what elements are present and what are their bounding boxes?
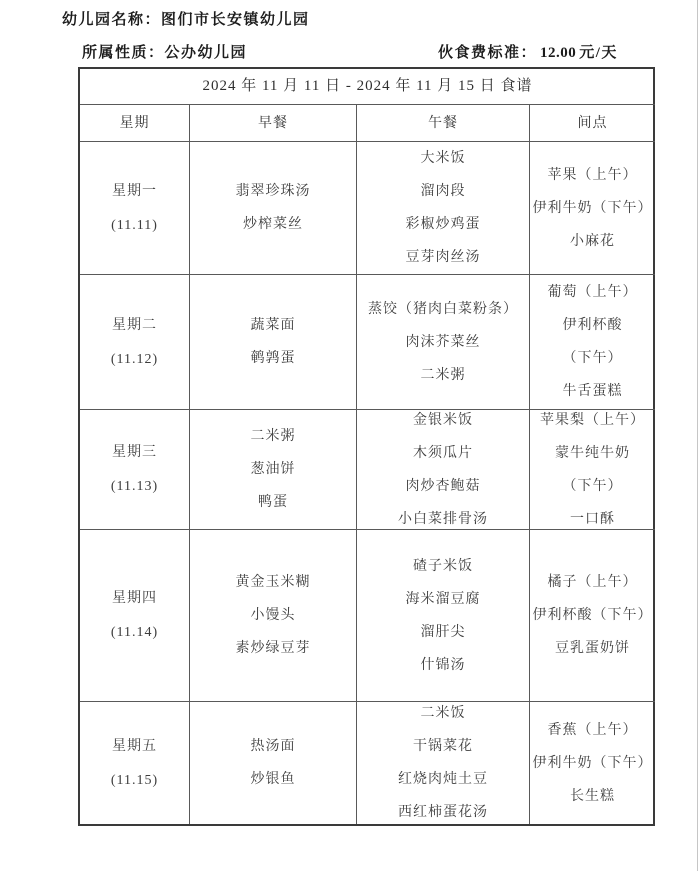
menu-item: 溜肉段 bbox=[421, 184, 466, 199]
breakfast-cell-thursday: 黄金玉米糊 小馒头 素炒绿豆芽 bbox=[190, 530, 357, 702]
menu-item: 金银米饭 bbox=[413, 413, 473, 428]
weekly-menu-table: 2024 年 11 月 11 日 - 2024 年 11 月 15 日 食谱 星… bbox=[78, 67, 655, 826]
lunch-cell-wednesday: 金银米饭 木须瓜片 肉炒杏鲍菇 小白菜排骨汤 bbox=[357, 410, 530, 530]
menu-item: 翡翠珍珠汤 bbox=[236, 184, 311, 199]
menu-item: 小白菜排骨汤 bbox=[398, 512, 488, 527]
menu-item: 鹌鹑蛋 bbox=[251, 351, 296, 366]
menu-item: 炒银鱼 bbox=[251, 772, 296, 787]
menu-item: 小馒头 bbox=[251, 608, 296, 623]
table-title: 2024 年 11 月 11 日 - 2024 年 11 月 15 日 食谱 bbox=[80, 69, 655, 105]
menu-item: 什锦汤 bbox=[421, 658, 466, 673]
day-date: (11.13) bbox=[111, 479, 158, 494]
snack-cell-thursday: 橘子（上午） 伊利杯酸（下午） 豆乳蛋奶饼 bbox=[530, 530, 655, 702]
fee-unit: 元/天 bbox=[579, 45, 618, 61]
menu-item: 彩椒炒鸡蛋 bbox=[406, 217, 481, 232]
menu-item: 干锅菜花 bbox=[413, 739, 473, 754]
menu-item: 海米溜豆腐 bbox=[406, 592, 481, 607]
menu-item: 蒸饺（猪肉白菜粉条） bbox=[368, 302, 518, 317]
day-label: 星期一 bbox=[112, 184, 157, 199]
menu-item: 苹果梨（上午） bbox=[540, 413, 645, 428]
menu-item: 牛舌蛋糕 bbox=[563, 384, 623, 399]
lunch-cell-monday: 大米饭 溜肉段 彩椒炒鸡蛋 豆芽肉丝汤 bbox=[357, 142, 530, 275]
day-cell-thursday: 星期四 (11.14) bbox=[80, 530, 190, 702]
snack-cell-wednesday: 苹果梨（上午） 蒙牛纯牛奶 （下午） 一口酥 bbox=[530, 410, 655, 530]
menu-item: 一口酥 bbox=[570, 512, 615, 527]
menu-item: 碴子米饭 bbox=[413, 559, 473, 574]
kindergarten-name-label: 幼儿园名称： bbox=[62, 12, 161, 28]
nature-label: 所属性质： bbox=[82, 45, 165, 61]
menu-item: 葱油饼 bbox=[251, 462, 296, 477]
menu-item: 二米粥 bbox=[421, 368, 466, 383]
menu-item: 苹果（上午） bbox=[548, 168, 638, 183]
menu-item: 蔬菜面 bbox=[251, 318, 296, 333]
menu-item: 肉沫芥菜丝 bbox=[406, 335, 481, 350]
day-date: (11.14) bbox=[111, 625, 158, 640]
breakfast-cell-tuesday: 蔬菜面 鹌鹑蛋 bbox=[190, 275, 357, 410]
day-label: 星期四 bbox=[112, 591, 157, 606]
menu-item: 伊利杯酸 bbox=[563, 318, 623, 333]
fee-value: 12.00 bbox=[537, 45, 579, 61]
column-header-breakfast: 早餐 bbox=[190, 105, 357, 142]
lunch-cell-friday: 二米饭 干锅菜花 红烧肉炖土豆 西红柿蛋花汤 bbox=[357, 702, 530, 824]
day-cell-friday: 星期五 (11.15) bbox=[80, 702, 190, 824]
menu-item: 蒙牛纯牛奶 bbox=[555, 446, 630, 461]
menu-item: 小麻花 bbox=[570, 234, 615, 249]
menu-item: 二米饭 bbox=[421, 706, 466, 721]
day-label: 星期五 bbox=[112, 739, 157, 754]
breakfast-cell-friday: 热汤面 炒银鱼 bbox=[190, 702, 357, 824]
menu-item: 肉炒杏鲍菇 bbox=[406, 479, 481, 494]
menu-item: 炒榨菜丝 bbox=[243, 217, 303, 232]
page-edge-line bbox=[697, 0, 698, 871]
day-label: 星期二 bbox=[112, 318, 157, 333]
day-date: (11.11) bbox=[111, 218, 158, 233]
menu-item: 伊利牛奶（下午） bbox=[533, 201, 653, 216]
menu-item: 伊利杯酸（下午） bbox=[533, 608, 653, 623]
nature-value: 公办幼儿园 bbox=[165, 45, 248, 61]
fee-label: 伙食费标准： bbox=[438, 45, 537, 61]
day-cell-monday: 星期一 (11.11) bbox=[80, 142, 190, 275]
menu-item: 长生糕 bbox=[570, 789, 615, 804]
column-header-snack: 间点 bbox=[530, 105, 655, 142]
menu-item: 橘子（上午） bbox=[548, 575, 638, 590]
menu-item: 二米粥 bbox=[251, 429, 296, 444]
menu-item: 红烧肉炖土豆 bbox=[398, 772, 488, 787]
menu-item: 热汤面 bbox=[251, 739, 296, 754]
day-date: (11.15) bbox=[111, 773, 158, 788]
day-cell-wednesday: 星期三 (11.13) bbox=[80, 410, 190, 530]
day-cell-tuesday: 星期二 (11.12) bbox=[80, 275, 190, 410]
menu-item: 大米饭 bbox=[421, 151, 466, 166]
lunch-cell-thursday: 碴子米饭 海米溜豆腐 溜肝尖 什锦汤 bbox=[357, 530, 530, 702]
menu-item: 素炒绿豆芽 bbox=[236, 641, 311, 656]
menu-item: 豆芽肉丝汤 bbox=[406, 250, 481, 265]
snack-cell-monday: 苹果（上午） 伊利牛奶（下午） 小麻花 bbox=[530, 142, 655, 275]
menu-item: 木须瓜片 bbox=[413, 446, 473, 461]
menu-item: 鸭蛋 bbox=[258, 495, 288, 510]
menu-item: 葡萄（上午） bbox=[548, 285, 638, 300]
breakfast-cell-monday: 翡翠珍珠汤 炒榨菜丝 bbox=[190, 142, 357, 275]
nature-line: 所属性质：公办幼儿园 bbox=[82, 41, 247, 62]
snack-cell-friday: 香蕉（上午） 伊利牛奶（下午） 长生糕 bbox=[530, 702, 655, 824]
menu-item: 黄金玉米糊 bbox=[236, 575, 311, 590]
fee-line: 伙食费标准：12.00元/天 bbox=[438, 41, 618, 62]
lunch-cell-tuesday: 蒸饺（猪肉白菜粉条） 肉沫芥菜丝 二米粥 bbox=[357, 275, 530, 410]
day-date: (11.12) bbox=[111, 352, 158, 367]
menu-item: 香蕉（上午） bbox=[548, 723, 638, 738]
menu-item: （下午） bbox=[563, 479, 623, 494]
breakfast-cell-wednesday: 二米粥 葱油饼 鸭蛋 bbox=[190, 410, 357, 530]
menu-item: 豆乳蛋奶饼 bbox=[555, 641, 630, 656]
kindergarten-name-line: 幼儿园名称：图们市长安镇幼儿园 bbox=[62, 8, 310, 29]
menu-item: 西红柿蛋花汤 bbox=[398, 805, 488, 820]
menu-item: （下午） bbox=[563, 351, 623, 366]
day-label: 星期三 bbox=[112, 445, 157, 460]
menu-item: 溜肝尖 bbox=[421, 625, 466, 640]
column-header-day: 星期 bbox=[80, 105, 190, 142]
column-header-lunch: 午餐 bbox=[357, 105, 530, 142]
snack-cell-tuesday: 葡萄（上午） 伊利杯酸 （下午） 牛舌蛋糕 bbox=[530, 275, 655, 410]
menu-item: 伊利牛奶（下午） bbox=[533, 756, 653, 771]
kindergarten-name-value: 图们市长安镇幼儿园 bbox=[161, 12, 310, 28]
